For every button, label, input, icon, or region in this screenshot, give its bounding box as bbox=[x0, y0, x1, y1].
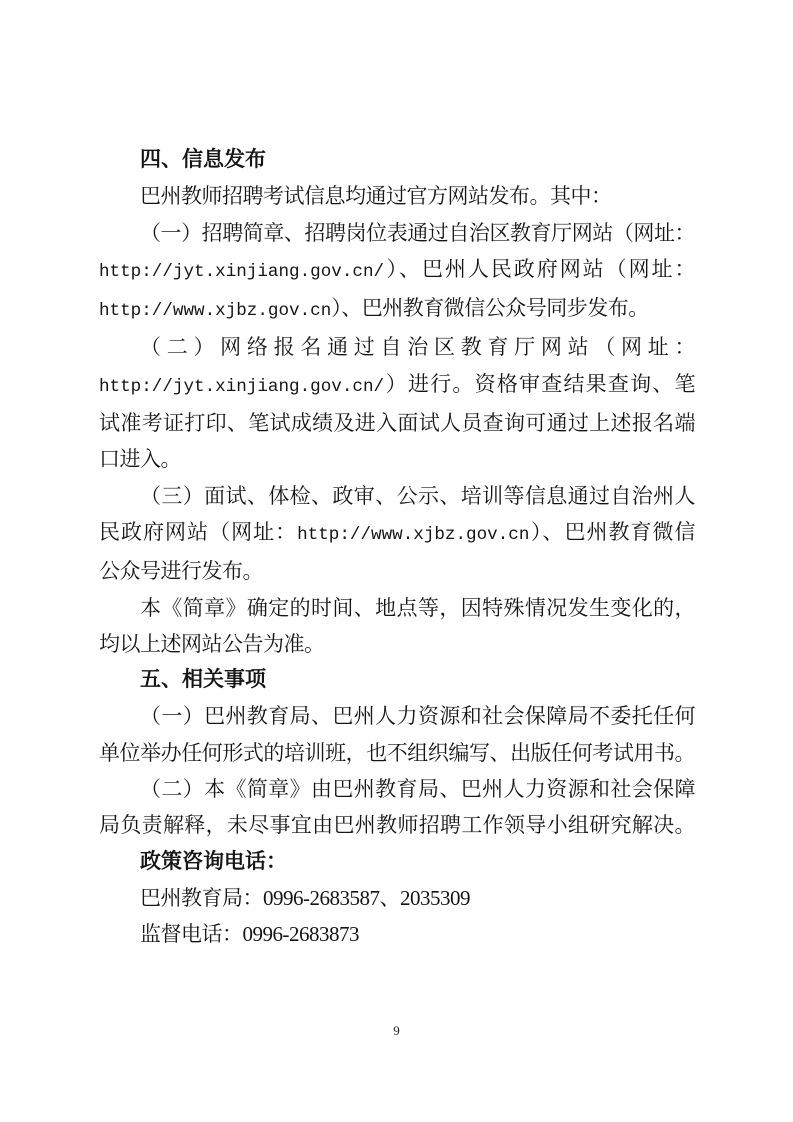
text-line: （二）本《简章》由巴州教育局、巴州人力资源和社会保障 bbox=[99, 771, 695, 807]
url-text: http://jyt.xinjiang.gov.cn/ bbox=[99, 262, 384, 282]
text-line: http://jyt.xinjiang.gov.cn/）、巴州人民政府网站（网址… bbox=[99, 251, 695, 290]
section-heading: 四、信息发布 bbox=[99, 142, 695, 178]
text-line: 本《简章》确定的时间、地点等，因特殊情况发生变化的， bbox=[99, 590, 695, 626]
document-page: 四、信息发布巴州教师招聘考试信息均通过官方网站发布。其中：（一）招聘简章、招聘岗… bbox=[0, 0, 793, 1122]
section-heading: 五、相关事项 bbox=[99, 662, 695, 698]
text-line: 单位举办任何形式的培训班，也不组织编写、出版任何考试用书。 bbox=[99, 735, 695, 771]
text-line: （一）招聘简章、招聘岗位表通过自治区教育厅网站（网址： bbox=[99, 215, 695, 251]
page-number: 9 bbox=[0, 1022, 793, 1040]
text-line: 口进入。 bbox=[99, 441, 695, 477]
text-line: 公众号进行发布。 bbox=[99, 553, 695, 589]
text-line: 监督电话：0996-2683873 bbox=[99, 916, 695, 952]
section-heading: 政策咨询电话： bbox=[99, 844, 695, 880]
text-line: 均以上述网站公告为准。 bbox=[99, 626, 695, 662]
text-line: 局负责解释，未尽事宜由巴州教师招聘工作领导小组研究解决。 bbox=[99, 807, 695, 843]
text-line: 试准考证打印、笔试成绩及进入面试人员查询可通过上述报名端 bbox=[99, 405, 695, 441]
url-text: http://jyt.xinjiang.gov.cn/ bbox=[99, 377, 384, 397]
text-line: 民政府网站（网址：http://www.xjbz.gov.cn）、巴州教育微信 bbox=[99, 514, 695, 553]
document-body: 四、信息发布巴州教师招聘考试信息均通过官方网站发布。其中：（一）招聘简章、招聘岗… bbox=[99, 142, 695, 953]
text-line: 巴州教育局：0996-2683587、2035309 bbox=[99, 880, 695, 916]
text-line: 巴州教师招聘考试信息均通过官方网站发布。其中： bbox=[99, 178, 695, 214]
text-line: http://jyt.xinjiang.gov.cn/）进行。资格审查结果查询、… bbox=[99, 366, 695, 405]
url-text: http://www.xjbz.gov.cn bbox=[99, 301, 331, 321]
url-text: http://www.xjbz.gov.cn bbox=[297, 525, 529, 545]
text-line: http://www.xjbz.gov.cn）、巴州教育微信公众号同步发布。 bbox=[99, 290, 695, 329]
text-line: （三）面试、体检、政审、公示、培训等信息通过自治州人 bbox=[99, 478, 695, 514]
text-line: （二）网络报名通过自治区教育厅网站（网址： bbox=[99, 329, 695, 365]
text-line: （一）巴州教育局、巴州人力资源和社会保障局不委托任何 bbox=[99, 698, 695, 734]
